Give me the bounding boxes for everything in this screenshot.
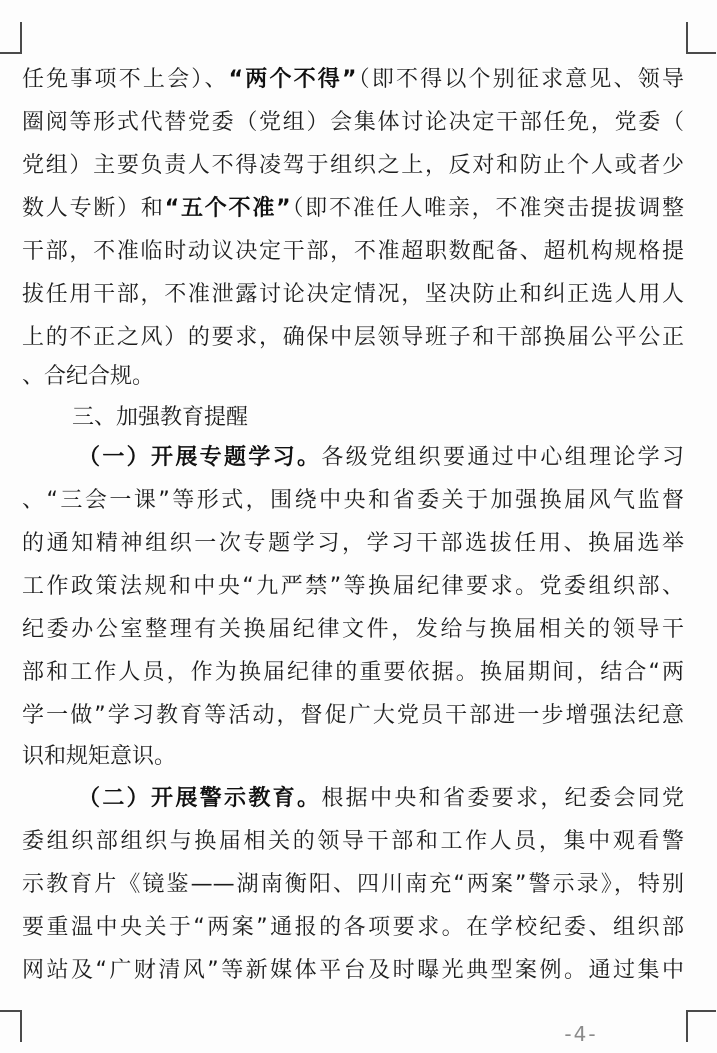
section-heading: 三、加强教育提醒 [72,401,372,435]
crop-mark-top-left [0,22,22,54]
text-line: 要重温中央关于“两案”通报的各项要求。在学校纪委、组织部 [22,911,684,945]
text-segment: 委组织部组织与换届相关的领导干部和工作人员，集中观看警 [22,829,684,854]
text-line: 圈阅等形式代替党委（党组）会集体讨论决定干部任免，党委（ [22,106,684,140]
text-segment: 各级党组织要通过中心组理论学习 [321,445,684,470]
text-segment: 学一做”学习教育等活动，督促广大党员干部进一步增强法纪意 [22,703,684,728]
text-segment: 干部，不准临时动议决定干部，不准超职数配备、超机构规格提 [22,239,684,264]
text-line: 网站及“广财清风”等新媒体平台及时曝光典型案例。通过集中 [22,954,684,988]
subheading-text: （一）开展专题学习。 [78,445,321,470]
text-line: 识和规矩意识。 [22,740,684,774]
text-line: 任免事项不上会）、“两个不得”（即不得以个别征求意见、领导 [22,63,684,97]
text-segment: （即不准任人唯亲，不准突击提拔调整 [291,196,684,221]
text-line: 干部，不准临时动议决定干部，不准超职数配备、超机构规格提 [22,235,684,269]
page-number: -4- [556,1022,606,1046]
text-line: 部和工作人员，作为换届纪律的重要依据。换届期间，结合“两 [22,656,684,690]
text-line: 、合纪合规。 [22,360,684,394]
text-segment: 上的不正之风）的要求，确保中层领导班子和干部换届公平公正 [22,325,684,350]
text-segment: 网站及“广财清风”等新媒体平台及时曝光典型案例。通过集中 [22,958,684,983]
text-line: 上的不正之风）的要求，确保中层领导班子和干部换届公平公正 [22,321,684,355]
text-segment: 、合纪合规。 [22,364,154,389]
text-line: 数人专断）和“五个不准”（即不准任人唯亲，不准突击提拔调整 [22,192,684,226]
bold-text-segment: “五个不准” [165,196,291,221]
text-line: 纪委办公室整理有关换届纪律文件，发给与换届相关的领导干 [22,613,684,647]
text-line: （二）开展警示教育。根据中央和省委要求，纪委会同党 [78,782,684,816]
text-segment: 党组）主要负责人不得凌驾于组织之上，反对和防止个人或者少 [22,153,684,178]
text-segment: 要重温中央关于“两案”通报的各项要求。在学校纪委、组织部 [22,915,684,940]
text-segment: 纪委办公室整理有关换届纪律文件，发给与换届相关的领导干 [22,617,684,642]
text-segment: 识和规矩意识。 [22,744,176,769]
heading-text: 三、加强教育提醒 [72,405,248,430]
text-segment: 部和工作人员，作为换届纪律的重要依据。换届期间，结合“两 [22,660,684,685]
text-segment: 任免事项不上会）、 [22,67,229,92]
text-line: 工作政策法规和中央“九严禁”等换届纪律要求。党委组织部、 [22,570,684,604]
text-segment: 数人专断）和 [22,196,165,221]
text-line: 的通知精神组织一次专题学习，学习干部选拔任用、换届选举 [22,527,684,561]
text-line: 委组织部组织与换届相关的领导干部和工作人员，集中观看警 [22,825,684,859]
text-segment: 、“三会一课”等形式，围绕中央和省委关于加强换届风气监督 [22,488,684,513]
text-line: 党组）主要负责人不得凌驾于组织之上，反对和防止个人或者少 [22,149,684,183]
text-line: 拔任用干部，不准泄露讨论决定情况，坚决防止和纠正选人用人 [22,278,684,312]
crop-mark-top-right [686,22,716,54]
crop-mark-bottom-left [0,1010,22,1042]
bold-text-segment: “两个不得” [229,67,357,92]
crop-mark-bottom-right [686,1010,716,1042]
text-line: 示教育片《镜鉴——湖南衡阳、四川南充“两案”警示录》，特别 [22,868,684,902]
text-segment: 的通知精神组织一次专题学习，学习干部选拔任用、换届选举 [22,531,684,556]
text-segment: 工作政策法规和中央“九严禁”等换届纪律要求。党委组织部、 [22,574,684,599]
text-segment: 根据中央和省委要求，纪委会同党 [321,786,684,811]
text-segment: （即不得以个别征求意见、领导 [356,67,684,92]
text-line: 学一做”学习教育等活动，督促广大党员干部进一步增强法纪意 [22,699,684,733]
text-segment: 拔任用干部，不准泄露讨论决定情况，坚决防止和纠正选人用人 [22,282,684,307]
document-page: 任免事项不上会）、“两个不得”（即不得以个别征求意见、领导 圈阅等形式代替党委（… [0,0,717,1053]
subheading-text: （二）开展警示教育。 [78,786,321,811]
text-segment: 示教育片《镜鉴——湖南衡阳、四川南充“两案”警示录》，特别 [22,872,684,897]
text-line: （一）开展专题学习。各级党组织要通过中心组理论学习 [78,441,684,475]
text-line: 、“三会一课”等形式，围绕中央和省委关于加强换届风气监督 [22,484,684,518]
text-segment: 圈阅等形式代替党委（党组）会集体讨论决定干部任免，党委（ [22,110,684,135]
